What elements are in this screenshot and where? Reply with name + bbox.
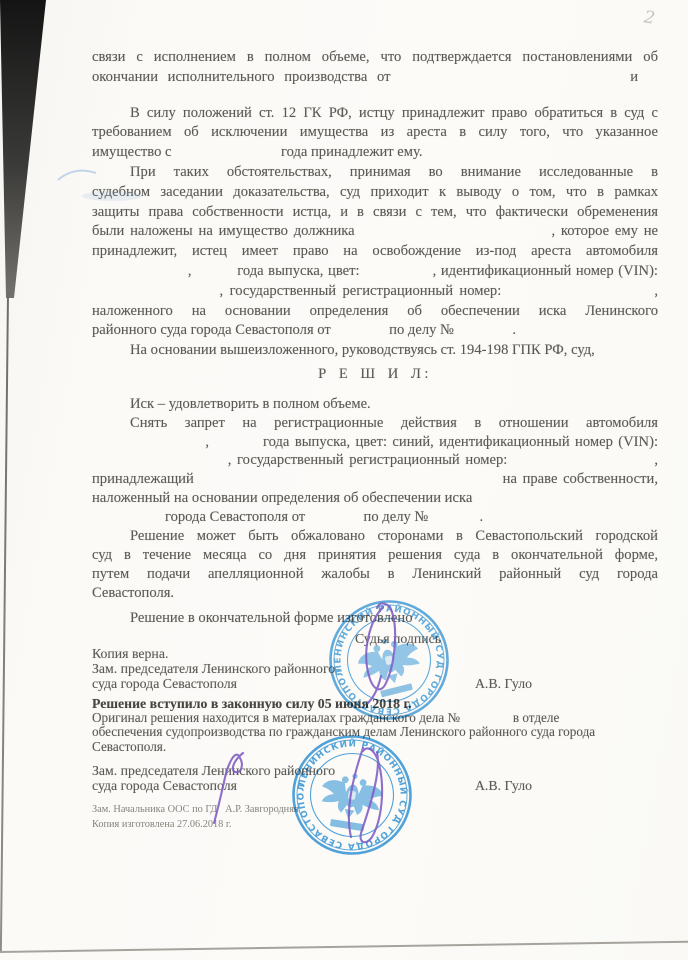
spacer bbox=[390, 68, 630, 88]
text-line: наложенного на основании определения об … bbox=[92, 302, 658, 322]
text-line: наложенный на основании определения об о… bbox=[92, 489, 658, 508]
spacer bbox=[237, 778, 475, 793]
text-line: обеспечения судопроизводства по гражданс… bbox=[92, 725, 658, 740]
text-line: , года выпуска, цвет: , идентификационны… bbox=[92, 262, 658, 282]
copy-date-line: Копия изготовлена 27.06.2018 г. bbox=[92, 817, 658, 832]
text-line: На основании вышеизложенного, руководств… bbox=[92, 341, 658, 361]
official-signature-row: суда города Севастополя А.В. Гуло bbox=[92, 778, 658, 793]
text-line: Решение может быть обжаловано сторонами … bbox=[92, 527, 658, 546]
text-line: Зам. председателя Ленинского районного bbox=[92, 763, 658, 778]
text-line: принадлежит, истец имеет право на освобо… bbox=[92, 242, 658, 262]
text-line: имущество с года принадлежит ему. bbox=[92, 143, 658, 163]
text-line: путем подачи апелляционной жалобы в Лени… bbox=[92, 565, 658, 584]
page-left-edge bbox=[0, 293, 9, 953]
text-line: , года выпуска, цвет: синий, идентификац… bbox=[92, 433, 658, 452]
text-line-left: суда города Севастополя bbox=[92, 676, 237, 691]
text-line: связи с исполнением в полном объеме, что… bbox=[92, 48, 658, 68]
text-line-left: окончании исполнительного производства о… bbox=[92, 68, 390, 88]
text-line: судебном заседании доказательства, суд п… bbox=[92, 183, 658, 203]
text-line: В силу положений ст. 12 ГК РФ, истцу при… bbox=[92, 104, 658, 124]
copy-valid-line: Копия верна. bbox=[92, 646, 658, 661]
handwritten-page-number: 2 bbox=[643, 7, 657, 28]
official-name: А.В. Гуло bbox=[475, 778, 532, 793]
text-line: районного суда города Севастополя от по … bbox=[92, 321, 658, 341]
text-line: Зам. председателя Ленинского районного bbox=[92, 661, 658, 676]
spacer bbox=[237, 676, 475, 691]
text-line: При таких обстоятельствах, принимая во в… bbox=[92, 163, 658, 183]
text-line: были наложены на имущество должника , ко… bbox=[92, 222, 658, 242]
scanned-court-decision-page: 2 связи с исполнением в полном объеме, ч… bbox=[0, 0, 688, 960]
pen-mark bbox=[58, 171, 96, 180]
text-line: защиты права собственности истца, и в св… bbox=[92, 203, 658, 223]
text-line: Решение в окончательной форме изготовлен… bbox=[92, 609, 658, 629]
official-name: А.В. Гуло bbox=[475, 676, 532, 691]
legal-force-line: Решение вступило в законную силу 05 июня… bbox=[92, 696, 658, 711]
clerk-line: Зам. Начальника ООС по ГД А.Р. Завгородн… bbox=[92, 802, 658, 817]
document-body: связи с исполнением в полном объеме, что… bbox=[92, 48, 658, 832]
text-line: города Севастополя от по делу № . bbox=[92, 508, 658, 527]
text-line: , государственный регистрационный номер:… bbox=[92, 282, 658, 302]
page-bottom-edge bbox=[0, 941, 688, 953]
text-line: , государственный регистрационный номер:… bbox=[92, 451, 658, 470]
text-line: принадлежащий на праве собственности, bbox=[92, 470, 658, 489]
decision-heading: Р Е Ш И Л: bbox=[92, 365, 658, 385]
text-line: Иск – удовлетворить в полном объеме. bbox=[92, 395, 658, 414]
judge-signature-caption: Судья подпись bbox=[355, 631, 658, 646]
text-line: суд в течение месяца со дня принятия реш… bbox=[92, 546, 658, 565]
text-line: Оригинал решения находится в материалах … bbox=[92, 711, 658, 726]
text-line: требованием об исключении имущества из а… bbox=[92, 123, 658, 143]
text-line: окончании исполнительного производства о… bbox=[92, 68, 658, 88]
text-line: Севастополя. bbox=[92, 584, 658, 603]
scan-corner-shadow bbox=[0, 0, 52, 298]
text-line-right: и bbox=[630, 68, 638, 88]
official-signature-row: суда города Севастополя А.В. Гуло bbox=[92, 676, 658, 691]
text-line: Снять запрет на регистрационные действия… bbox=[92, 414, 658, 433]
text-line: Севастополя. bbox=[92, 740, 658, 755]
text-line-left: суда города Севастополя bbox=[92, 778, 237, 793]
